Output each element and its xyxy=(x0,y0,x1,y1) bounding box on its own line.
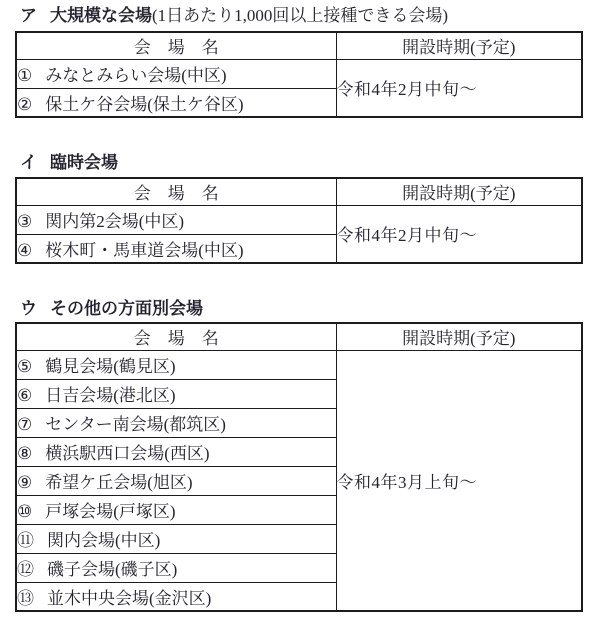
table-header-row: 会 場 名 開設時期(予定) xyxy=(16,178,582,205)
row-number: ⑧ xyxy=(17,444,32,464)
row-number: ④ xyxy=(17,241,32,261)
section-title-a: ア大規模な会場(1日あたり1,000回以上接種できる会場) xyxy=(20,5,593,26)
row-number: ② xyxy=(17,95,32,115)
column-header-venue-name: 会 場 名 xyxy=(16,32,336,59)
section-large-venues: ア大規模な会場(1日あたり1,000回以上接種できる会場) 会 場 名 開設時期… xyxy=(0,5,593,118)
document-page: ア大規模な会場(1日あたり1,000回以上接種できる会場) 会 場 名 開設時期… xyxy=(0,0,593,626)
section-title-suffix-a: (1日あたり1,000回以上接種できる会場) xyxy=(152,6,448,25)
section-title-c: ウその他の方面別会場 xyxy=(20,298,593,319)
venue-name: 日吉会場(港北区) xyxy=(45,386,175,405)
table-row: ⑤鶴見会場(鶴見区) 令和4年3月上旬〜 xyxy=(16,350,582,379)
table-row: ③関内第2会場(中区) 令和4年2月中旬〜 xyxy=(16,205,582,234)
row-number: ⑤ xyxy=(17,357,32,377)
venue-name: 希望ケ丘会場(旭区) xyxy=(45,473,192,492)
venue-name: 戸塚会場(戸塚区) xyxy=(45,502,175,521)
table-header-row: 会 場 名 開設時期(予定) xyxy=(16,323,582,350)
column-header-venue-name: 会 場 名 xyxy=(16,323,336,350)
column-header-opening-period: 開設時期(予定) xyxy=(336,32,582,59)
opening-period-cell: 令和4年2月中旬〜 xyxy=(336,59,582,117)
row-number: ⑬ xyxy=(17,584,34,609)
row-number: ⑨ xyxy=(17,473,32,493)
venue-name: 並木中央会場(金沢区) xyxy=(47,589,211,608)
row-number: ⑩ xyxy=(17,502,32,522)
opening-period-cell: 令和4年2月中旬〜 xyxy=(336,205,582,263)
section-other-area-venues: ウその他の方面別会場 会 場 名 開設時期(予定) ⑤鶴見会場(鶴見区) 令和4… xyxy=(0,298,593,612)
venue-name: みなとみらい会場(中区) xyxy=(45,66,226,85)
venue-name: 桜木町・馬車道会場(中区) xyxy=(45,241,243,260)
column-header-venue-name: 会 場 名 xyxy=(16,178,336,205)
venue-name: 鶴見会場(鶴見区) xyxy=(45,357,175,376)
venue-name: センター南会場(都筑区) xyxy=(45,415,226,434)
section-label-b: イ xyxy=(20,152,37,173)
row-number: ⑦ xyxy=(17,415,32,435)
row-number: ⑫ xyxy=(17,555,34,580)
venue-name: 磯子会場(磯子区) xyxy=(47,560,177,579)
venue-table-a: 会 場 名 開設時期(予定) ①みなとみらい会場(中区) 令和4年2月中旬〜 ②… xyxy=(15,31,583,118)
venue-table-b: 会 場 名 開設時期(予定) ③関内第2会場(中区) 令和4年2月中旬〜 ④桜木… xyxy=(15,177,583,264)
row-number: ③ xyxy=(17,212,32,232)
row-number: ⑪ xyxy=(17,526,34,551)
venue-name: 関内会場(中区) xyxy=(47,531,160,550)
venue-table-c: 会 場 名 開設時期(予定) ⑤鶴見会場(鶴見区) 令和4年3月上旬〜 ⑥日吉会… xyxy=(15,322,583,612)
section-label-a: ア xyxy=(20,5,37,26)
column-header-opening-period: 開設時期(予定) xyxy=(336,323,582,350)
row-number: ⑥ xyxy=(17,386,32,406)
section-title-text-c: その他の方面別会場 xyxy=(50,299,203,318)
section-title-b: イ臨時会場 xyxy=(20,152,593,173)
opening-period-cell: 令和4年3月上旬〜 xyxy=(336,350,582,611)
section-label-c: ウ xyxy=(20,298,37,319)
section-title-text-a: 大規模な会場 xyxy=(50,6,152,25)
table-row: ①みなとみらい会場(中区) 令和4年2月中旬〜 xyxy=(16,59,582,88)
column-header-opening-period: 開設時期(予定) xyxy=(336,178,582,205)
section-temporary-venues: イ臨時会場 会 場 名 開設時期(予定) ③関内第2会場(中区) 令和4年2月中… xyxy=(0,152,593,264)
venue-name: 関内第2会場(中区) xyxy=(45,212,184,231)
venue-name: 保土ケ谷会場(保土ケ谷区) xyxy=(45,95,243,114)
table-header-row: 会 場 名 開設時期(予定) xyxy=(16,32,582,59)
venue-name: 横浜駅西口会場(西区) xyxy=(45,444,209,463)
row-number: ① xyxy=(17,66,32,86)
section-title-text-b: 臨時会場 xyxy=(50,153,118,172)
